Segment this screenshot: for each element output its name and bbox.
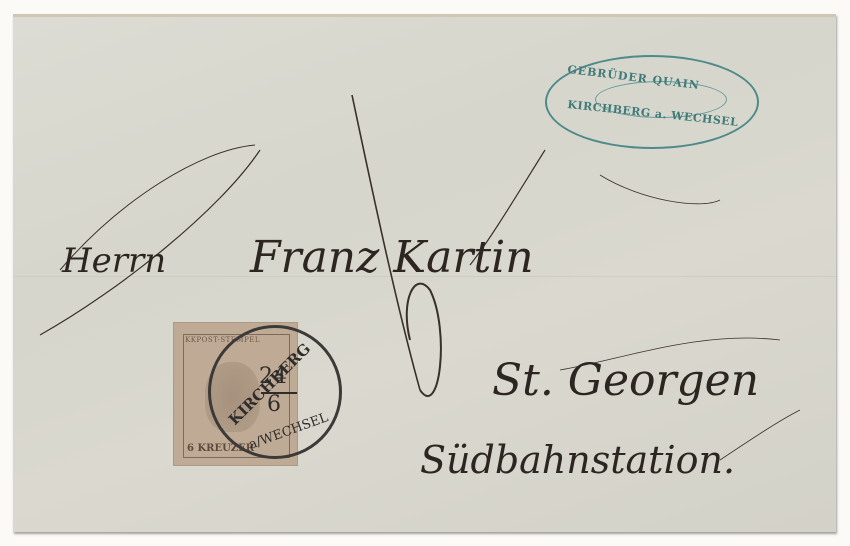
station-text: Südbahnstation. [420,438,735,482]
circular-postmark: KIRCHBERG 24 6 a/WECHSEL [208,325,342,459]
rate-marking: 6 [410,315,455,397]
salutation-text: Herrn [61,241,166,281]
recipient-name-text: Franz Kartin [249,232,534,283]
town-text: St. Georgen [492,355,759,406]
handwriting-layer: Herrn Franz Kartin St. Georgen Südbahnst… [0,0,850,546]
postmark-day: 24 [259,364,287,389]
postmark-month: 6 [267,392,281,417]
